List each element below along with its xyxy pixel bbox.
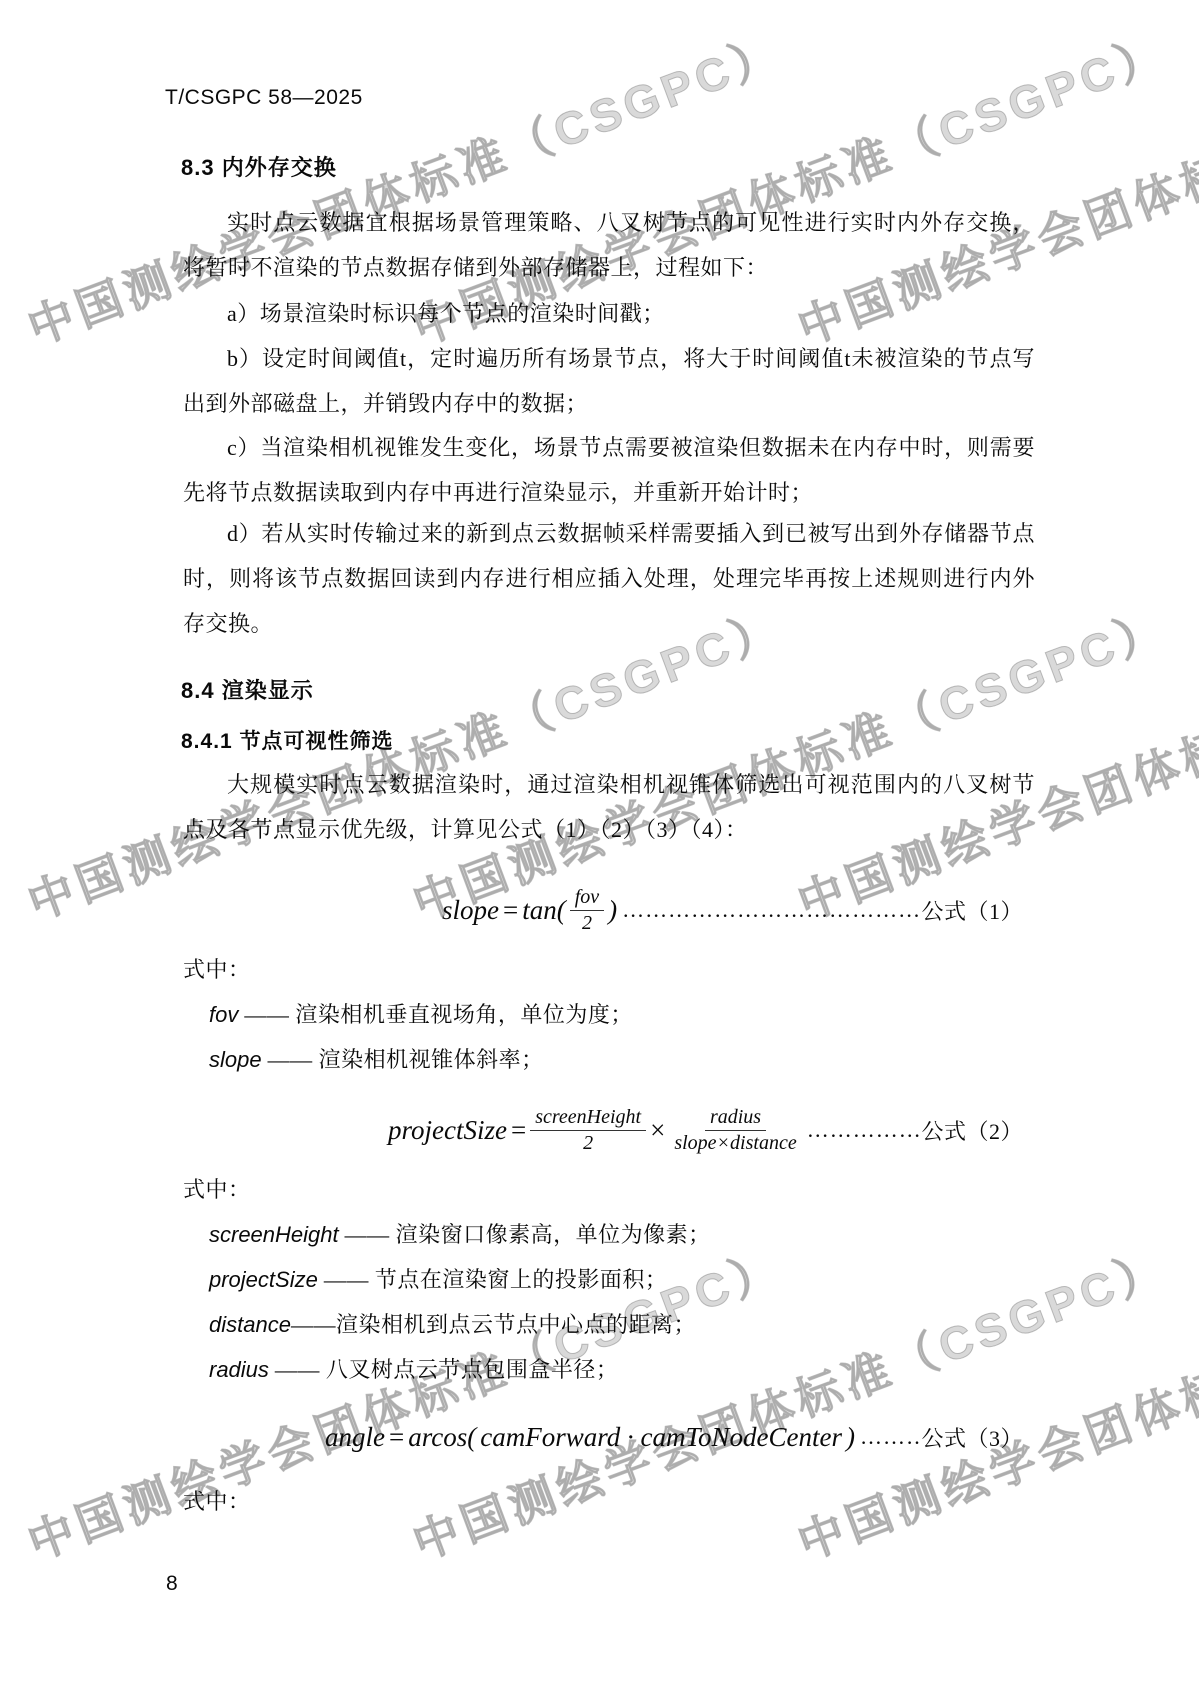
fraction-numerator: screenHeight <box>530 1105 646 1131</box>
def-line-slope: slope —— 渲染相机视锥体斜率； <box>183 1037 1035 1082</box>
list-item-a: a）场景渲染时标识每个节点的渲染时间戳； <box>183 291 1035 336</box>
fraction-numerator: fov <box>570 885 604 911</box>
formula-3: angle = arcos( camForward · camToNodeCen… <box>183 1407 1023 1467</box>
document-page: 中国测绘学会团体标准（CSGPC） 中国测绘学会团体标准（CSGPC） 中国测绘… <box>0 0 1199 1696</box>
section-8-4-heading: 8.4 渲染显示 <box>181 676 314 706</box>
formula-2-expression: projectSize = screenHeight 2 × radius sl… <box>386 1105 804 1156</box>
list-item-c: c）当渲染相机视锥发生变化，场景节点需要被渲染但数据未在内存中时，则需要先将节点… <box>183 425 1035 515</box>
section-8-3-heading: 8.3 内外存交换 <box>181 153 337 183</box>
dots-leader: …………………… <box>857 1424 922 1450</box>
fraction-denominator: 2 <box>577 911 597 936</box>
formula-1: slope = tan( fov 2 ) …………………………………………………… <box>183 875 1023 945</box>
formula-2: projectSize = screenHeight 2 × radius sl… <box>183 1090 1023 1170</box>
formula-3-argument: camForward · camToNodeCenter <box>480 1422 842 1453</box>
function-name: tan( <box>522 895 566 926</box>
fraction-denominator: 2 <box>578 1131 598 1156</box>
fraction-denominator: slope×distance <box>669 1131 801 1156</box>
list-item-d: d）若从实时传输过来的新到点云数据帧采样需要插入到已被写出到外存储器节点时，则将… <box>183 511 1035 646</box>
formula-1-lhs: slope <box>442 895 499 926</box>
where-intro: 式中： <box>183 1479 1035 1524</box>
where-intro: 式中： <box>183 947 1035 992</box>
term-desc: 渲染相机视锥体斜率； <box>319 1047 544 1072</box>
doc-code: T/CSGPC 58—2025 <box>165 84 363 112</box>
close-paren: ) <box>608 895 617 926</box>
equals-sign: = <box>503 895 518 926</box>
where-block-1: 式中： fov —— 渲染相机垂直视场角，单位为度； slope —— 渲染相机… <box>183 947 1035 1082</box>
term-name: distance <box>209 1312 291 1337</box>
def-line-radius: radius —— 八叉树点云节点包围盒半径； <box>183 1347 1035 1392</box>
formula-2-lhs: projectSize <box>388 1115 507 1146</box>
section-8-4-1-intro: 大规模实时点云数据渲染时，通过渲染相机视锥体筛选出可视范围内的八叉树节点及各节点… <box>183 762 1035 852</box>
fraction-numerator: radius <box>705 1105 766 1131</box>
term-desc: 渲染相机垂直视场角，单位为度； <box>295 1002 633 1027</box>
where-block-2: 式中： screenHeight —— 渲染窗口像素高，单位为像素； proje… <box>183 1167 1035 1392</box>
def-line-projectsize: projectSize —— 节点在渲染窗上的投影面积； <box>183 1257 1035 1302</box>
where-block-3: 式中： <box>183 1479 1035 1524</box>
dots-leader: …………………………………… <box>804 1117 922 1143</box>
term-name: fov <box>209 1002 238 1027</box>
def-line-screenheight: screenHeight —— 渲染窗口像素高，单位为像素； <box>183 1212 1035 1257</box>
def-line-distance: distance——渲染相机到点云节点中心点的距离； <box>183 1302 1035 1347</box>
term-dash: —— <box>318 1267 375 1292</box>
close-paren: ) <box>846 1422 855 1453</box>
formula-2-label: 公式（2） <box>921 1115 1023 1146</box>
multiply-sign: × <box>650 1115 665 1146</box>
fraction: radius slope×distance <box>669 1105 801 1156</box>
term-name: slope <box>209 1047 262 1072</box>
section-8-3-intro: 实时点云数据宜根据场景管理策略、八叉树节点的可见性进行实时内外存交换，将暂时不渲… <box>183 200 1035 290</box>
term-name: screenHeight <box>209 1222 339 1247</box>
function-name: arcos( <box>408 1422 476 1453</box>
formula-3-label: 公式（3） <box>921 1422 1023 1453</box>
term-desc: 八叉树点云节点包围盒半径； <box>326 1357 619 1382</box>
term-desc: 渲染相机到点云节点中心点的距离； <box>336 1312 696 1337</box>
term-name: projectSize <box>209 1267 318 1292</box>
equals-sign: = <box>511 1115 526 1146</box>
formula-3-lhs: angle <box>325 1422 385 1453</box>
list-item-b: b）设定时间阈值t，定时遍历所有场景节点，将大于时间阈值t未被渲染的节点写出到外… <box>183 336 1035 426</box>
formula-1-expression: slope = tan( fov 2 ) <box>440 885 619 936</box>
section-8-4-1-heading: 8.4.1 节点可视性筛选 <box>181 727 394 757</box>
term-dash: —— <box>339 1222 396 1247</box>
term-dash: —— <box>291 1312 336 1337</box>
term-dash: —— <box>262 1047 319 1072</box>
formula-1-label: 公式（1） <box>921 895 1023 926</box>
fraction: screenHeight 2 <box>530 1105 646 1156</box>
term-name: radius <box>209 1357 269 1382</box>
where-intro: 式中： <box>183 1167 1035 1212</box>
term-dash: —— <box>238 1002 295 1027</box>
fraction: fov 2 <box>570 885 604 936</box>
page-number: 8 <box>166 1570 178 1598</box>
def-line-fov: fov —— 渲染相机垂直视场角，单位为度； <box>183 992 1035 1037</box>
formula-3-expression: angle = arcos( camForward · camToNodeCen… <box>323 1422 857 1453</box>
term-desc: 节点在渲染窗上的投影面积； <box>375 1267 668 1292</box>
term-dash: —— <box>269 1357 326 1382</box>
dots-leader: ……………………………………………………………… <box>619 897 921 923</box>
term-desc: 渲染窗口像素高，单位为像素； <box>396 1222 711 1247</box>
equals-sign: = <box>389 1422 404 1453</box>
